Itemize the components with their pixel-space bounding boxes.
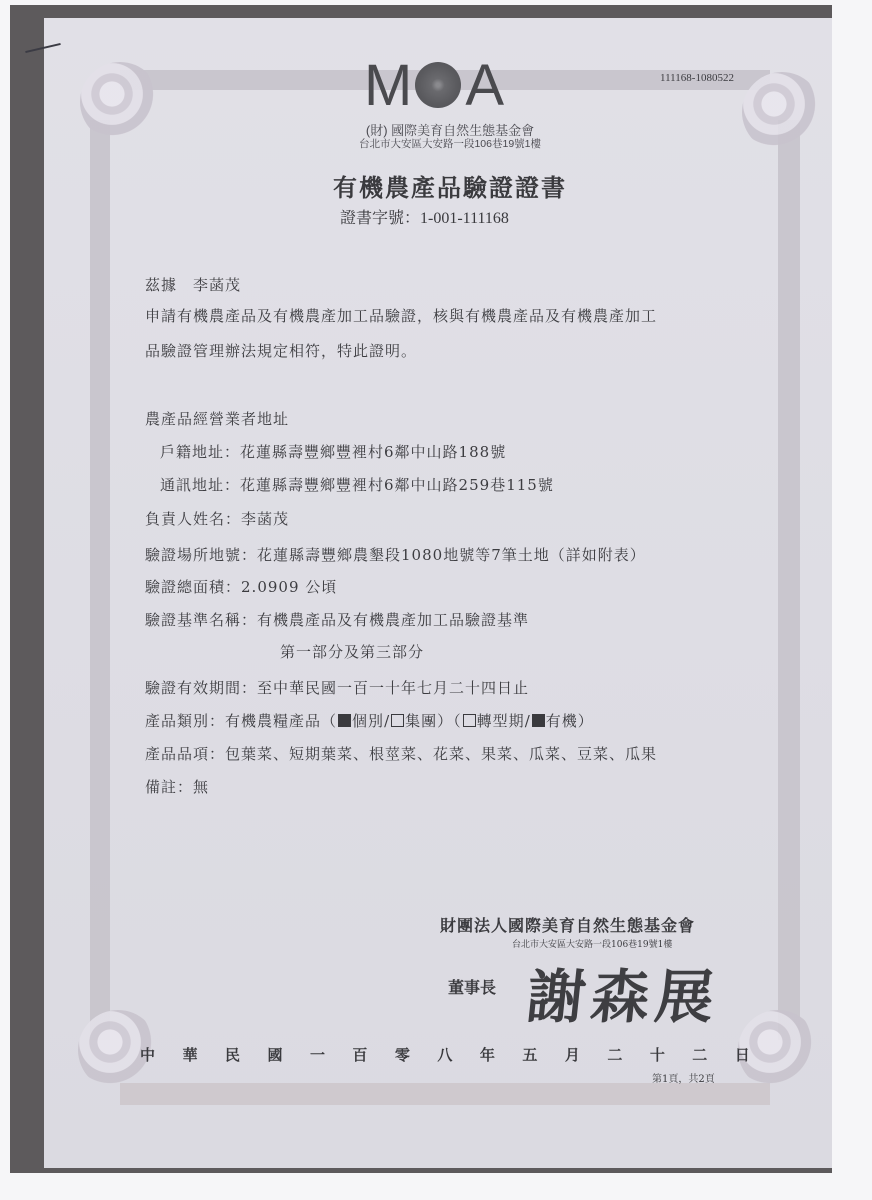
date-char: 月 xyxy=(565,1044,580,1065)
product-category-value: 有機農糧產品 xyxy=(225,712,321,730)
statement-line-2: 品驗證管理辦法規定相符，特此證明。 xyxy=(145,340,417,361)
checkbox-individual-checked-icon xyxy=(338,714,351,727)
logo-letter-m: M xyxy=(364,52,411,119)
certificate-number: 證書字號：1-001-111168 xyxy=(340,205,580,228)
product-category-label: 產品類別： xyxy=(145,712,225,730)
logo-letter-a: A xyxy=(465,52,503,119)
remarks-label: 備註： xyxy=(145,778,193,796)
checkbox-group-unchecked-icon xyxy=(391,714,404,727)
paren-close: ） xyxy=(578,712,594,730)
separator: / xyxy=(384,712,390,730)
operator-address-heading: 農產品經營業者地址 xyxy=(145,408,289,429)
total-area-row: 驗證總面積：2.0909 公頃 xyxy=(145,576,337,597)
date-char: 華 xyxy=(182,1044,197,1065)
option-group-label: 集團 xyxy=(405,712,437,730)
household-address-row: 戶籍地址：花蓮縣壽豐鄉豐裡村6鄰中山路188號 xyxy=(160,441,506,462)
responsible-person-value: 李菡茂 xyxy=(241,510,289,528)
option-organic-label: 有機 xyxy=(546,712,578,730)
product-items-value: 包葉菜、短期葉菜、根莖菜、花菜、果菜、瓜菜、豆菜、瓜果 xyxy=(225,745,657,763)
date-char: 二 xyxy=(607,1044,622,1065)
product-items-label: 產品品項： xyxy=(145,745,225,763)
paren-close: ） xyxy=(437,712,453,730)
standard-name-line-2: 第一部分及第三部分 xyxy=(280,641,424,662)
date-char: 八 xyxy=(437,1044,452,1065)
date-char: 十 xyxy=(650,1044,665,1065)
mailing-address-label: 通訊地址： xyxy=(160,476,240,494)
date-char: 一 xyxy=(310,1044,325,1065)
standard-name-row: 驗證基準名稱：有機農產品及有機農產加工品驗證基準 xyxy=(145,609,529,630)
paren-open: （ xyxy=(453,712,462,730)
remarks-row: 備註：無 xyxy=(145,776,209,797)
certificate-number-label: 證書字號： xyxy=(340,208,420,227)
paren-open: （ xyxy=(321,712,337,730)
product-items-row: 產品品項：包葉菜、短期葉菜、根莖菜、花菜、果菜、瓜菜、豆菜、瓜果 xyxy=(145,743,657,764)
standard-name-value: 有機農產品及有機農產加工品驗證基準 xyxy=(257,611,529,629)
product-category-row: 產品類別：有機農糧產品（個別/集團）（轉型期/有機） xyxy=(145,710,594,731)
responsible-person-row: 負責人姓名：李菡茂 xyxy=(145,508,289,529)
organization-address: 台北市大安區大安路一段106巷19號1樓 xyxy=(340,136,560,151)
issue-date: 中 華 民 國 一 百 零 八 年 五 月 二 十 二 日 xyxy=(140,1044,750,1065)
date-char: 國 xyxy=(267,1044,282,1065)
date-char: 百 xyxy=(352,1044,367,1065)
certificate-content: 111168-1080522 M A (財) 國際美育自然生態基金會 台北市大安… xyxy=(0,0,872,1200)
household-address-value: 花蓮縣壽豐鄉豐裡村6鄰中山路188號 xyxy=(240,443,506,461)
chairman-title: 董事長 xyxy=(448,975,496,998)
date-char: 民 xyxy=(225,1044,240,1065)
certificate-number-value: 1-001-111168 xyxy=(420,210,509,227)
mailing-address-value: 花蓮縣壽豐鄉豐裡村6鄰中山路259巷115號 xyxy=(240,476,554,494)
checkbox-organic-checked-icon xyxy=(532,714,545,727)
total-area-label: 驗證總面積： xyxy=(145,578,241,596)
date-char: 日 xyxy=(735,1044,750,1065)
standard-name-label: 驗證基準名稱： xyxy=(145,611,257,629)
remarks-value: 無 xyxy=(193,778,209,796)
total-area-value: 2.0909 公頃 xyxy=(241,578,337,596)
moa-logo: M A xyxy=(364,57,503,113)
certificate-title: 有機農產品驗證證書 xyxy=(300,168,600,203)
household-address-label: 戶籍地址： xyxy=(160,443,240,461)
logo-orb-icon xyxy=(415,62,461,108)
option-individual-label: 個別 xyxy=(352,712,384,730)
certificate-serial: 111168-1080522 xyxy=(660,72,734,84)
date-char: 年 xyxy=(480,1044,495,1065)
date-char: 五 xyxy=(522,1044,537,1065)
page-count: 第1頁，共2頁 xyxy=(652,1070,715,1085)
option-transition-label: 轉型期 xyxy=(477,712,525,730)
issuer-name: 財團法人國際美育自然生態基金會 xyxy=(440,913,695,936)
responsible-person-label: 負責人姓名： xyxy=(145,510,241,528)
date-char: 中 xyxy=(140,1044,155,1065)
date-char: 零 xyxy=(395,1044,410,1065)
validity-row: 驗證有效期間：至中華民國一百一十年七月二十四日止 xyxy=(145,677,529,698)
site-lot-row: 驗證場所地號：花蓮縣壽豐鄉農墾段1080地號等7筆土地（詳如附表） xyxy=(145,544,646,565)
recipient-line: 茲據 李菡茂 xyxy=(145,274,241,295)
site-lot-label: 驗證場所地號： xyxy=(145,546,257,564)
issuer-address: 台北市大安區大安路一段106巷19號1樓 xyxy=(512,937,672,950)
validity-label: 驗證有效期間： xyxy=(145,679,257,697)
date-char: 二 xyxy=(692,1044,707,1065)
validity-value: 至中華民國一百一十年七月二十四日止 xyxy=(257,679,529,697)
chairman-signature: 謝森展 xyxy=(524,950,725,1034)
site-lot-value: 花蓮縣壽豐鄉農墾段1080地號等7筆土地（詳如附表） xyxy=(257,546,646,564)
statement-line-1: 申請有機農產品及有機農產加工品驗證，核與有機農產品及有機農產加工 xyxy=(145,305,657,326)
mailing-address-row: 通訊地址：花蓮縣壽豐鄉豐裡村6鄰中山路259巷115號 xyxy=(160,474,554,495)
separator: / xyxy=(525,712,531,730)
checkbox-transition-unchecked-icon xyxy=(463,714,476,727)
